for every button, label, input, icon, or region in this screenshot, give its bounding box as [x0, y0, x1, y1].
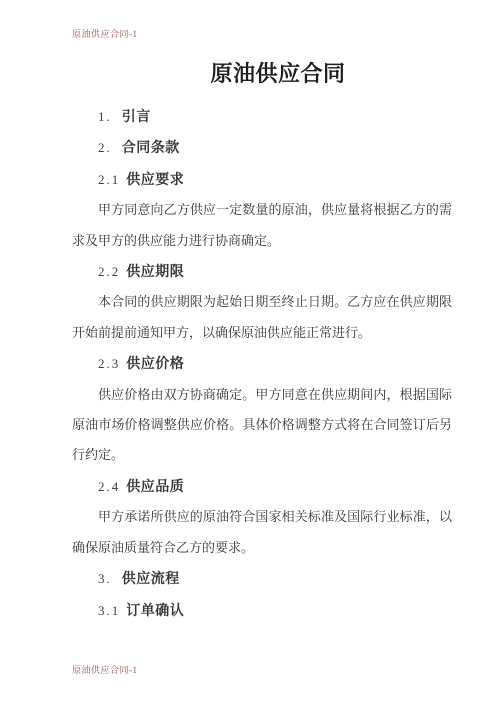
- page-header-text: 原油供应合同-1: [72, 29, 138, 40]
- section-title: 供应期限: [126, 263, 184, 279]
- document-page: 原油供应合同-1 原油供应合同 1.引言2.合同条款2.1供应要求甲方同意向乙方…: [0, 0, 500, 707]
- section-heading-2-3: 2.3供应价格: [72, 348, 452, 379]
- paragraph: 甲方同意向乙方供应一定数量的原油，供应量将根据乙方的需求及甲方的供应能力进行协商…: [72, 195, 452, 256]
- section-number: 1.: [98, 109, 112, 124]
- document-title: 原油供应合同: [108, 61, 448, 87]
- section-title: 引言: [122, 108, 151, 124]
- document-body: 1.引言2.合同条款2.1供应要求甲方同意向乙方供应一定数量的原油，供应量将根据…: [72, 101, 452, 626]
- section-heading-1: 1.引言: [72, 101, 452, 132]
- section-heading-3: 3.供应流程: [72, 563, 452, 594]
- section-heading-2-1: 2.1供应要求: [72, 164, 452, 195]
- section-heading-3-1: 3.1订单确认: [72, 595, 452, 626]
- section-number: 2.: [98, 140, 112, 155]
- paragraph: 供应价格由双方协商确定。甲方同意在供应期间内，根据国际原油市场价格调整供应价格。…: [72, 380, 452, 471]
- section-number: 2.2: [98, 264, 120, 279]
- section-number: 2.4: [98, 479, 120, 494]
- section-title: 供应流程: [122, 570, 180, 586]
- page-footer-text: 原油供应合同-1: [72, 665, 138, 676]
- paragraph: 本合同的供应期限为起始日期至终止日期。乙方应在供应期限开始前提前通知甲方，以确保…: [72, 287, 452, 348]
- section-number: 2.1: [98, 172, 120, 187]
- section-number: 3.: [98, 571, 112, 586]
- paragraph: 甲方承诺所供应的原油符合国家相关标准及国际行业标准，以确保原油质量符合乙方的要求…: [72, 502, 452, 563]
- section-heading-2: 2.合同条款: [72, 132, 452, 163]
- section-title: 合同条款: [122, 139, 180, 155]
- section-number: 3.1: [98, 603, 120, 618]
- section-title: 供应要求: [126, 171, 184, 187]
- section-number: 2.3: [98, 356, 120, 371]
- section-title: 订单确认: [126, 602, 184, 618]
- section-title: 供应价格: [126, 355, 184, 371]
- section-heading-2-4: 2.4供应品质: [72, 471, 452, 502]
- section-heading-2-2: 2.2供应期限: [72, 256, 452, 287]
- section-title: 供应品质: [126, 478, 184, 494]
